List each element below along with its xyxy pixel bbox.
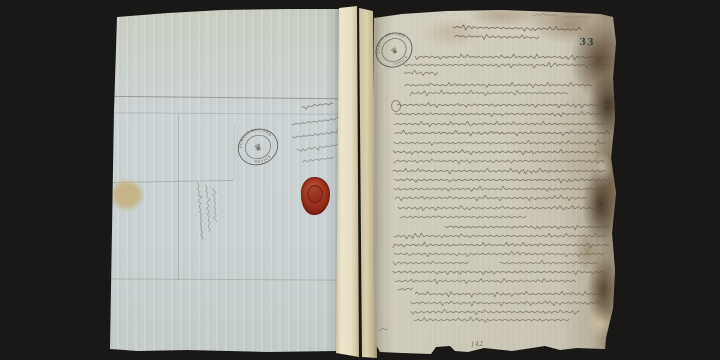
page-edge-strip (335, 5, 359, 357)
manuscript-script (372, 8, 618, 356)
manuscript-page: PUBLIC RECORD OFFICE ♛ 33 142 (372, 8, 618, 356)
photographed-manuscript-opening: PUBLIC RECORD OFFICE ♛ (0, 0, 720, 360)
page-number: 142 (464, 339, 490, 349)
pencil-scribbles (533, 14, 590, 19)
manuscript-heading (453, 24, 581, 41)
manuscript-body (379, 54, 611, 330)
docket-script (289, 102, 342, 164)
letter-page: PUBLIC RECORD OFFICE ♛ (108, 8, 342, 353)
letter-script (108, 8, 342, 353)
initial-flourish (392, 101, 401, 112)
address-script (197, 181, 219, 239)
